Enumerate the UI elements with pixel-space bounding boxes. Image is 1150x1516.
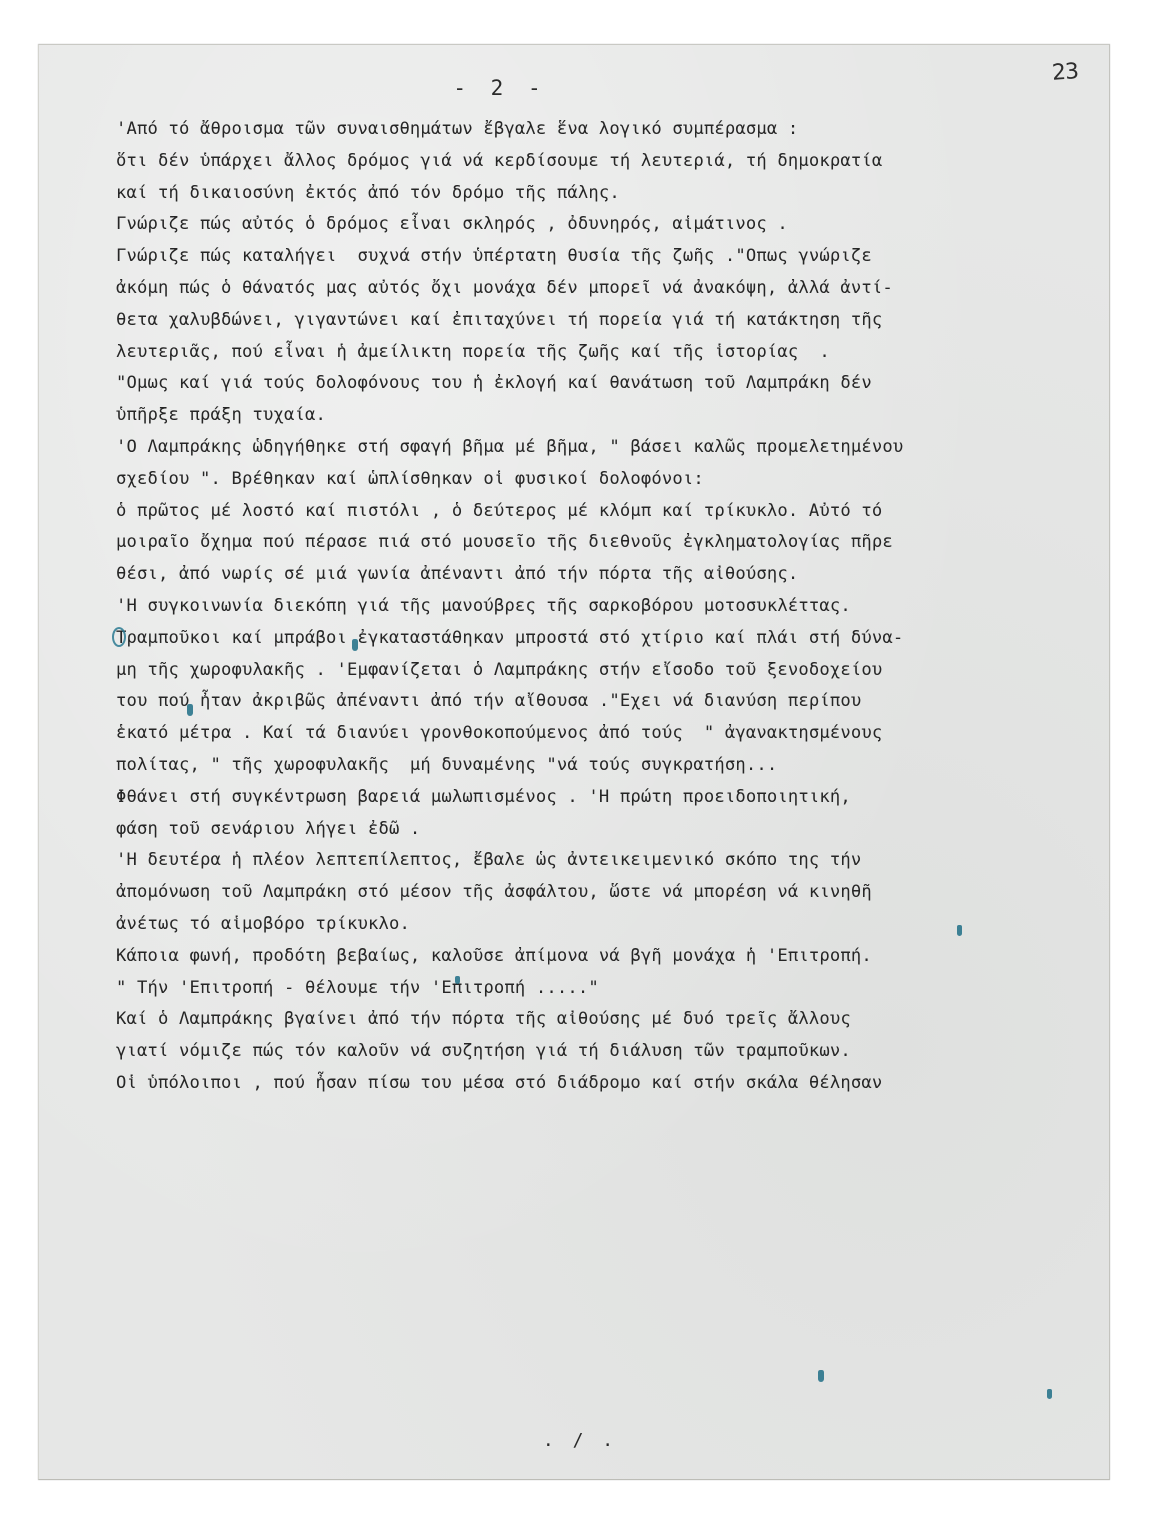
document-body: 'Από τό ἄθροισμα τῶν συναισθημάτων ἔβγαλ… [116, 114, 1096, 1100]
text-line: ὅτι δέν ὑπάρχει ἄλλος δρόμος γιά νά κερδ… [116, 146, 1096, 178]
text-line: 'Η δευτέρα ἡ πλέον λεπτεπίλεπτος, ἔβαλε … [116, 845, 1096, 877]
text-line: ὑπῆρξε πράξη τυχαία. [116, 400, 1096, 432]
ink-correction-mark [818, 1370, 824, 1382]
text-line: Γνώριζε πώς καταλήγει συχνά στήν ὑπέρτατ… [116, 241, 1096, 273]
text-line: "Ομως καί γιά τούς δολοφόνους του ἡ ἐκλο… [116, 368, 1096, 400]
text-line: μη τῆς χωροφυλακῆς . 'Εμφανίζεται ὁ Λαμπ… [116, 655, 1096, 687]
text-line: ἑκατό μέτρα . Καί τά διανύει γρονθοκοπού… [116, 718, 1096, 750]
text-line: του πού ἦταν ἀκριβῶς ἀπέναντι ἀπό τήν αἴ… [116, 686, 1096, 718]
ink-correction-mark [1047, 1389, 1052, 1399]
text-line: 'Ο Λαμπράκης ὡδηγήθηκε στή σφαγή βῆμα μέ… [116, 432, 1096, 464]
text-line: 'Η συγκοινωνία διεκόπη γιά τῆς μανούβρες… [116, 591, 1096, 623]
text-line: Τραμποῦκοι καί μπράβοι ἐγκαταστάθηκαν μπ… [116, 623, 1096, 655]
text-line: γιατί νόμιζε πώς τόν καλοῦν νά συζητήση … [116, 1036, 1096, 1068]
ink-correction-mark [352, 639, 358, 651]
ink-correction-mark [187, 704, 193, 716]
text-line: ἀπομόνωση τοῦ Λαμπράκη στό μέσον τῆς ἀσφ… [116, 877, 1096, 909]
text-line: Γνώριζε πώς αὐτός ὁ δρόμος εἶναι σκληρός… [116, 209, 1096, 241]
text-line: καί τή δικαιοσύνη ἐκτός ἀπό τόν δρόμο τῆ… [116, 178, 1096, 210]
text-line: ὁ πρῶτος μέ λοστό καί πιστόλι , ὁ δεύτερ… [116, 496, 1096, 528]
text-line: μοιραῖο ὄχημα πού πέρασε πιά στό μουσεῖο… [116, 527, 1096, 559]
text-line: " Τήν 'Επιτροπή - θέλουμε τήν 'Επιτροπή … [116, 973, 1096, 1005]
handwritten-folio-number: 23 [1051, 59, 1079, 86]
text-line: φάση τοῦ σενάριου λήγει ἐδῶ . [116, 814, 1096, 846]
ink-correction-mark [455, 976, 460, 984]
text-line: Φθάνει στή συγκέντρωση βαρειά μωλωπισμέν… [116, 782, 1096, 814]
text-line: Κάποια φωνή, προδότη βεβαίως, καλοῦσε ἀπ… [116, 941, 1096, 973]
text-line: σχεδίου ". Βρέθηκαν καί ὡπλίσθηκαν οἱ φυ… [116, 464, 1096, 496]
text-line: πολίτας, " τῆς χωροφυλακῆς μή δυναμένης … [116, 750, 1096, 782]
text-line: θετα χαλυβδώνει, γιγαντώνει καί ἐπιταχύν… [116, 305, 1096, 337]
ink-correction-mark [957, 925, 962, 936]
page-number: - 2 - [420, 76, 580, 100]
text-line: λευτεριᾶς, πού εἶναι ἡ ἀμείλικτη πορεία … [116, 337, 1096, 369]
text-line: Οἱ ὑπόλοιποι , πού ἦσαν πίσω του μέσα στ… [116, 1068, 1096, 1100]
text-line: ἀκόμη πώς ὁ θάνατός μας αὐτός ὄχι μονάχα… [116, 273, 1096, 305]
ink-correction-mark [112, 627, 126, 647]
text-line: ἀνέτως τό αἱμοβόρο τρίκυκλο. [116, 909, 1096, 941]
text-line: θέσι, ἀπό νωρίς σέ μιά γωνία ἀπέναντι ἀπ… [116, 559, 1096, 591]
text-line: Καί ὁ Λαμπράκης βγαίνει ἀπό τήν πόρτα τῆ… [116, 1004, 1096, 1036]
text-line: 'Από τό ἄθροισμα τῶν συναισθημάτων ἔβγαλ… [116, 114, 1096, 146]
continuation-marker: . / . [500, 1430, 660, 1451]
